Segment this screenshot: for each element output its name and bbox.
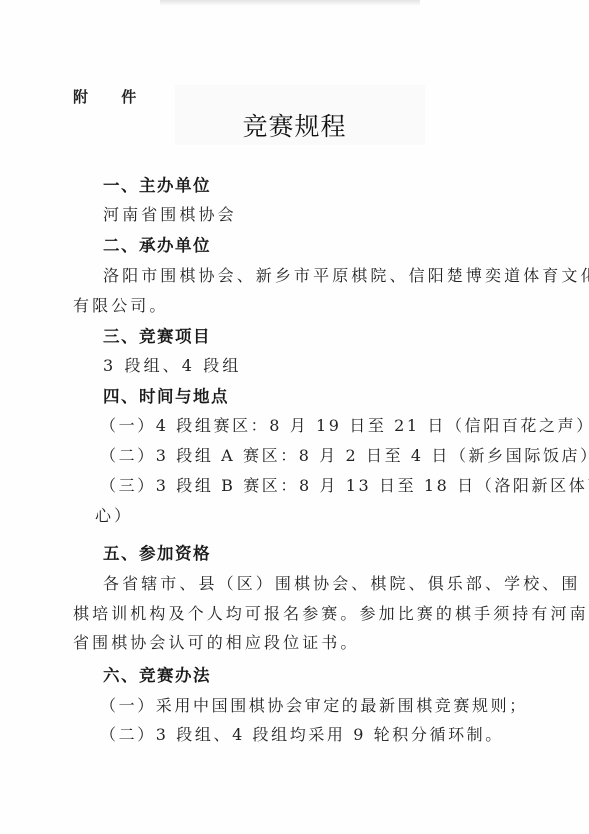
section-heading-co-organizer: 二、承办单位 — [103, 236, 211, 256]
list-item: （三）3 段组 B 赛区：8 月 13 日至 18 日（洛阳新区体育中 — [100, 476, 589, 496]
paragraph: 河南省围棋协会 — [103, 205, 237, 225]
attachment-label: 附 件 — [73, 87, 150, 107]
scan-bleed-through — [160, 0, 420, 6]
list-item: （一）4 段组赛区：8 月 19 日至 21 日（信阳百花之声） — [100, 416, 589, 436]
list-item: （一）采用中国围棋协会审定的最新围棋竞赛规则； — [100, 696, 528, 716]
section-heading-competition-method: 六、竞赛办法 — [103, 666, 211, 686]
paragraph: 有限公司。 — [73, 296, 169, 316]
section-heading-events: 三、竞赛项目 — [103, 327, 211, 347]
page-title: 竞赛规程 — [0, 112, 589, 142]
list-item-continuation: 心） — [95, 506, 133, 526]
section-heading-eligibility: 五、参加资格 — [103, 544, 211, 564]
paragraph: 各省辖市、县（区）围棋协会、棋院、俱乐部、学校、围 — [103, 574, 581, 594]
paragraph: 省围棋协会认可的相应段位证书。 — [73, 633, 360, 653]
list-item: （二）3 段组、4 段组均采用 9 轮积分循环制。 — [100, 725, 504, 745]
paragraph: 棋培训机构及个人均可报名参赛。参加比赛的棋手须持有河南 — [73, 604, 589, 624]
list-item: （二）3 段组 A 赛区：8 月 2 日至 4 日（新乡国际饭店） — [100, 446, 589, 466]
paragraph: 3 段组、4 段组 — [103, 356, 241, 376]
section-heading-organizer: 一、主办单位 — [103, 176, 211, 196]
paragraph: 洛阳市围棋协会、新乡市平原棋院、信阳楚博奕道体育文化 — [103, 266, 589, 286]
section-heading-time-place: 四、时间与地点 — [103, 387, 229, 407]
